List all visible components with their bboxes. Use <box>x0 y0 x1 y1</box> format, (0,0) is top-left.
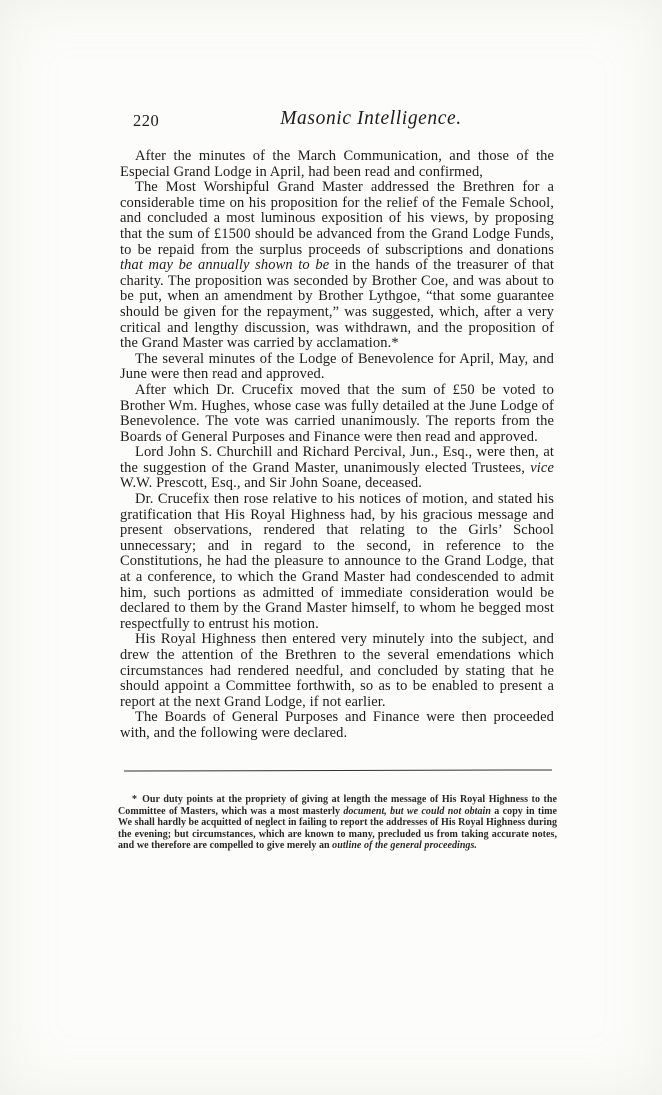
footnote-marker: * <box>132 794 142 805</box>
paragraph: The Boards of General Purposes and Finan… <box>120 710 554 741</box>
running-title: Masonic Intelligence. <box>154 108 588 130</box>
paragraph: The several minutes of the Lodge of Bene… <box>120 352 554 383</box>
italic-text-run: that may be annually shown to be <box>120 257 329 273</box>
footnote-body: Our duty points at the propriety of givi… <box>118 794 557 851</box>
text-run: After the minutes of the March Communica… <box>120 148 554 180</box>
italic-text-run: document, but we could not obtain <box>343 806 491 817</box>
italic-text-run: outline of the general proceedings. <box>332 840 477 851</box>
text-run: His Royal Highness then entered very min… <box>120 631 554 709</box>
paragraph: After the minutes of the March Communica… <box>120 149 554 180</box>
scanned-book-page: 220 Masonic Intelligence. After the minu… <box>0 0 662 1095</box>
footnote-divider <box>124 769 552 771</box>
text-run: The Most Worshipful Grand Master address… <box>120 179 554 257</box>
footnote: *Our duty points at the propriety of giv… <box>118 794 557 852</box>
body-text: After the minutes of the March Communica… <box>120 149 554 742</box>
paragraph: Lord John S. Churchill and Richard Perci… <box>120 445 554 492</box>
text-run: W.W. Prescott, Esq., and Sir John Soane,… <box>120 475 422 491</box>
text-run: After which Dr. Crucefix moved that the … <box>120 382 554 445</box>
paragraph: After which Dr. Crucefix moved that the … <box>120 383 554 445</box>
paragraph: His Royal Highness then entered very min… <box>120 632 554 710</box>
text-run: The Boards of General Purposes and Finan… <box>120 709 554 741</box>
paragraph: The Most Worshipful Grand Master address… <box>120 180 554 352</box>
text-run: Dr. Crucefix then rose relative to his n… <box>120 491 554 632</box>
text-run: The several minutes of the Lodge of Bene… <box>120 351 554 383</box>
text-run: Lord John S. Churchill and Richard Perci… <box>120 444 554 476</box>
italic-text-run: vice <box>530 460 554 476</box>
footnote-text: *Our duty points at the propriety of giv… <box>118 794 557 852</box>
page-header: 220 Masonic Intelligence. <box>120 108 554 134</box>
paragraph: Dr. Crucefix then rose relative to his n… <box>120 492 554 632</box>
